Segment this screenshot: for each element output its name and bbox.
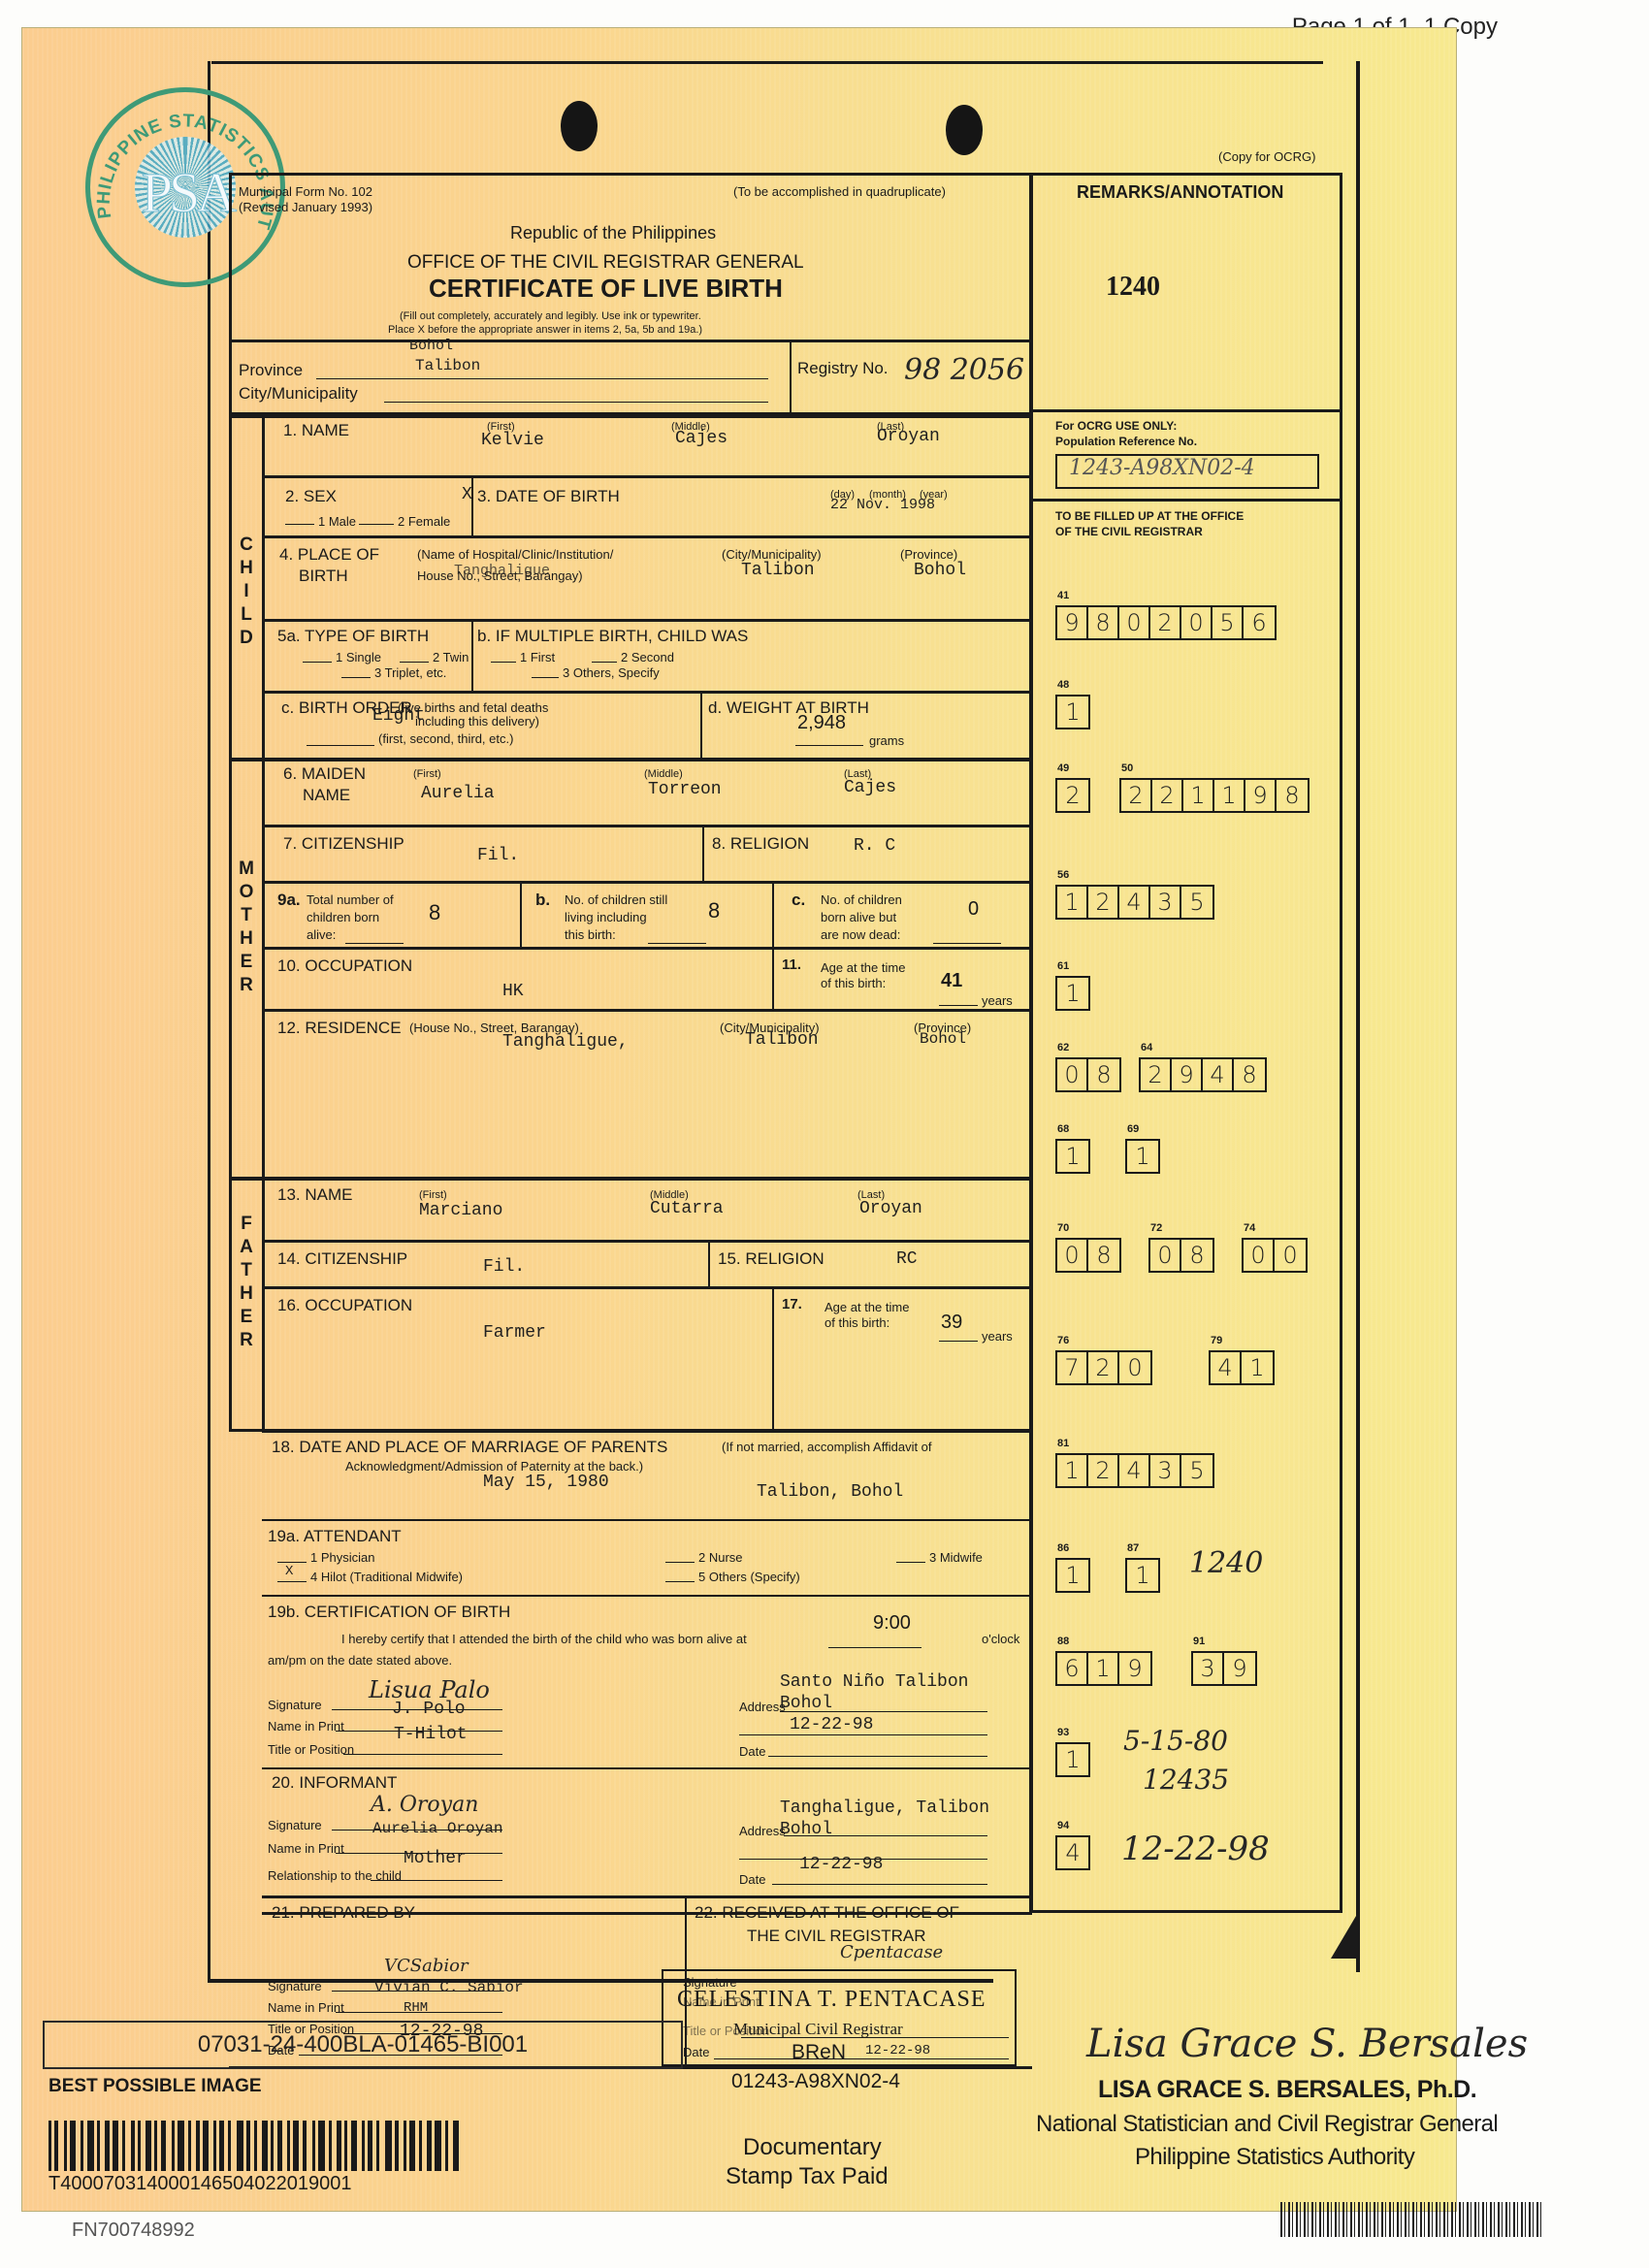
- divider: [262, 1595, 1032, 1597]
- birth-type-option: 3 Triplet, etc.: [374, 665, 446, 680]
- city-value: Talibon: [415, 357, 480, 374]
- dob-value: 22 Nov. 1998: [830, 497, 935, 513]
- registrar-signature: Cpentacase: [840, 1942, 943, 1962]
- father-occupation: Farmer: [483, 1323, 546, 1343]
- underline: [303, 662, 332, 663]
- mother-religion: R. C: [854, 836, 895, 856]
- divider: [262, 1767, 1032, 1769]
- underline: [359, 524, 394, 525]
- divider: [262, 1009, 1032, 1012]
- divider: [702, 825, 704, 881]
- informant-name: Aurelia Oroyan: [372, 1820, 502, 1837]
- code-81-boxes: 12435: [1055, 1453, 1214, 1488]
- total-children-value: 8: [429, 900, 440, 925]
- underline: [768, 1756, 987, 1757]
- code-50-boxes: 221198: [1119, 778, 1309, 813]
- underline: [532, 677, 559, 678]
- informant-relationship: Mother: [404, 1849, 467, 1868]
- divider: [790, 340, 792, 415]
- child-side-label: CHILD: [237, 534, 256, 650]
- civil-registrar-label: TO BE FILLED UP AT THE OFFICE OF THE CIV…: [1055, 508, 1259, 539]
- frame-line: [211, 61, 1323, 64]
- code-label: 50: [1121, 762, 1133, 774]
- code-91-boxes: 39: [1191, 1651, 1257, 1686]
- document-serial: 07031-24-400BLA-01465-BI001: [43, 2021, 683, 2069]
- divider: [471, 475, 473, 535]
- code-label: 62: [1057, 1042, 1069, 1053]
- bren-value: 01243-A98XN02-4: [731, 2070, 900, 2093]
- divider: [262, 691, 1032, 694]
- underline: [491, 662, 516, 663]
- code-label: 56: [1057, 869, 1069, 881]
- divider: [772, 1286, 774, 1432]
- item-number: c.: [792, 891, 805, 910]
- document-title: CERTIFICATE OF LIVE BIRTH: [429, 274, 783, 304]
- code-label: 74: [1244, 1222, 1255, 1234]
- best-possible-image: BEST POSSIBLE IMAGE: [48, 2076, 262, 2097]
- form-revised: (Revised January 1993): [239, 200, 372, 214]
- name-label: Name in Print: [683, 1994, 760, 2009]
- birth-type-option: 2 Twin: [433, 650, 469, 664]
- code-88-boxes: 619: [1055, 1651, 1152, 1686]
- punch-hole-icon: [946, 105, 983, 155]
- office-heading: OFFICE OF THE CIVIL REGISTRAR GENERAL: [407, 252, 804, 274]
- residence-province: Bohol: [920, 1030, 966, 1048]
- divider: [262, 1286, 1032, 1289]
- barcode-icon: [48, 2121, 630, 2171]
- field-sublabel: living including: [565, 910, 647, 924]
- underline: [741, 2037, 1009, 2038]
- child-first-name: Kelvie: [481, 431, 544, 450]
- code-label: 93: [1057, 1727, 1069, 1738]
- field-sublabel: (first, second, third, etc.): [378, 731, 513, 746]
- informant-signature: A. Oroyan: [371, 1793, 478, 1817]
- underline: [343, 1754, 502, 1755]
- divider: [1030, 499, 1342, 502]
- code-70-boxes: 08: [1055, 1238, 1121, 1273]
- field-sublabel: of this birth:: [821, 976, 886, 990]
- marriage-date: May 15, 1980: [483, 1473, 609, 1492]
- code-label: 69: [1127, 1123, 1139, 1135]
- informant-date: 12-22-98: [799, 1855, 883, 1874]
- occupation-label: 10. OCCUPATION: [277, 956, 412, 976]
- code-label: 41: [1057, 590, 1069, 601]
- frame-line: [208, 61, 210, 1982]
- father-first-name: Marciano: [419, 1201, 502, 1220]
- code-74-boxes: 00: [1242, 1238, 1308, 1273]
- code-68-boxes: 1: [1055, 1139, 1090, 1174]
- citizenship-label: 14. CITIZENSHIP: [277, 1249, 407, 1269]
- remarks-value: 1240: [1106, 272, 1160, 303]
- population-ref-value: 1243-A98XN02-4: [1069, 456, 1255, 480]
- father-name-label: 13. NAME: [277, 1185, 352, 1205]
- code-93-note: 12435: [1143, 1764, 1229, 1796]
- field-sublabel: born alive but: [821, 910, 896, 924]
- code-label: 61: [1057, 960, 1069, 972]
- underline: [828, 1647, 921, 1648]
- mother-last-name: Cajes: [844, 778, 896, 797]
- field-sublabel: Total number of: [307, 892, 394, 907]
- name-label: Name in Print: [268, 1719, 344, 1733]
- religion-label: 15. RELIGION: [718, 1249, 824, 1269]
- divider: [262, 535, 1032, 538]
- age-unit: years: [982, 1329, 1013, 1344]
- marriage-note: (If not married, accomplish Affidavit of: [722, 1440, 932, 1454]
- father-middle-name: Cutarra: [650, 1199, 724, 1218]
- pob-city-value: Talibon: [741, 561, 815, 580]
- field-sublabel: (First): [419, 1189, 447, 1201]
- quadruplicate-note: (To be accomplished in quadruplicate): [733, 184, 946, 199]
- underline: [592, 662, 617, 663]
- code-label: 76: [1057, 1335, 1069, 1346]
- underline: [739, 1734, 987, 1735]
- code-86-boxes: 1: [1055, 1558, 1090, 1593]
- registrar-date: 12-22-98: [865, 2043, 930, 2058]
- divider: [262, 1240, 1032, 1243]
- underline: [714, 2058, 1009, 2059]
- underline: [384, 402, 768, 403]
- signatory-name: LISA GRACE S. BERSALES, Ph.D.: [1098, 2076, 1476, 2104]
- signature-label: Signature: [268, 1979, 322, 1993]
- code-48-boxes: 1: [1055, 695, 1090, 729]
- pob-label: BIRTH: [299, 567, 348, 586]
- date-label: Date: [739, 1872, 765, 1887]
- multiple-birth-option: 3 Others, Specify: [563, 665, 660, 680]
- item-number: 9a.: [277, 891, 301, 910]
- residence-city: Talibon: [745, 1030, 819, 1050]
- multiple-birth-label: b. IF MULTIPLE BIRTH, CHILD WAS: [477, 627, 748, 646]
- title-label: Title or Position: [683, 2024, 769, 2038]
- code-64-boxes: 2948: [1139, 1057, 1267, 1092]
- signatory-title: National Statistician and Civil Registra…: [1036, 2111, 1498, 2138]
- underline: [772, 1884, 987, 1885]
- preparer-name: Vivian C. Sabior: [374, 1979, 524, 1996]
- attendant-option: 5 Others (Specify): [698, 1570, 800, 1584]
- mother-occupation: HK: [502, 982, 524, 1001]
- date-label: Date: [683, 2045, 709, 2059]
- underline: [939, 1341, 978, 1342]
- field-sublabel: No. of children still: [565, 892, 667, 907]
- divider: [772, 881, 774, 947]
- underline: [933, 943, 1001, 944]
- city-label: City/Municipality: [239, 384, 358, 404]
- code-94-boxes: 4: [1055, 1835, 1090, 1870]
- multiple-birth-option: 2 Second: [621, 650, 674, 664]
- divider: [229, 340, 1032, 342]
- field-sublabel: (Province): [900, 547, 957, 562]
- code-69-boxes: 1: [1125, 1139, 1160, 1174]
- underline: [400, 662, 429, 663]
- frame-line: [1356, 61, 1360, 1972]
- underline: [316, 378, 768, 379]
- field-sublabel: this birth:: [565, 927, 616, 942]
- underline: [648, 943, 706, 944]
- mother-side-label: MOTHER: [237, 858, 256, 997]
- father-age: 39: [941, 1312, 962, 1334]
- attendant-date: 12-22-98: [790, 1715, 873, 1734]
- registrar-general-signature: Lisa Grace S. Bersales: [1086, 2022, 1528, 2066]
- code-label: 87: [1127, 1542, 1139, 1554]
- sex-option-female: 2 Female: [398, 514, 450, 529]
- divider: [262, 1519, 1032, 1521]
- code-label: 79: [1211, 1335, 1222, 1346]
- birth-order-value: Eight: [372, 706, 425, 726]
- marriage-note: Acknowledgment/Admission of Paternity at…: [345, 1459, 643, 1474]
- item-number: 11.: [782, 956, 801, 973]
- divider: [1030, 409, 1342, 412]
- attendant-mark: X: [285, 1564, 293, 1579]
- code-93-note: 5-15-80: [1123, 1725, 1228, 1757]
- certificate-form: Municipal Form No. 102 (Revised January …: [229, 173, 1344, 1919]
- child-name-label: 1. NAME: [283, 421, 349, 440]
- occupation-label: 16. OCCUPATION: [277, 1296, 412, 1315]
- father-side-label: FATHER: [237, 1213, 256, 1352]
- province-label: Province: [239, 361, 303, 380]
- certification-text: o'clock: [982, 1632, 1019, 1646]
- attendant-option: 2 Nurse: [698, 1550, 743, 1565]
- sex-option-male: 1 Male: [318, 514, 356, 529]
- signature-label: Signature: [268, 1698, 322, 1712]
- signature-label: Signature: [268, 1818, 322, 1832]
- code-93-boxes: 1: [1055, 1742, 1090, 1777]
- instructions: Place X before the appropriate answer in…: [388, 324, 702, 336]
- code-49-boxes: 2: [1055, 778, 1090, 813]
- field-sublabel: (City/Municipality): [722, 547, 822, 562]
- code-label: 49: [1057, 762, 1069, 774]
- code-41-boxes: 9802056: [1055, 605, 1277, 640]
- received-label: 22. RECEIVED AT THE OFFICE OF: [695, 1903, 959, 1923]
- divider: [262, 825, 1032, 827]
- underline: [665, 1562, 695, 1563]
- address-label: Address: [739, 1824, 786, 1838]
- instructions: (Fill out completely, accurately and leg…: [400, 310, 701, 322]
- attendant-title: T-Hilot: [394, 1725, 468, 1744]
- underline: [345, 943, 404, 944]
- pob-label: 4. PLACE OF: [279, 545, 379, 565]
- pob-province-value: Bohol: [914, 561, 966, 580]
- marriage-label: 18. DATE AND PLACE OF MARRIAGE OF PARENT…: [272, 1438, 667, 1457]
- attendant-option: 4 Hilot (Traditional Midwife): [310, 1570, 463, 1584]
- code-61-boxes: 1: [1055, 976, 1090, 1011]
- divider: [700, 691, 702, 761]
- date-label: Date: [739, 1744, 765, 1759]
- birth-type-label: 5a. TYPE OF BIRTH: [277, 627, 429, 646]
- mother-age: 41: [941, 970, 962, 992]
- multiple-birth-option: 1 First: [520, 650, 555, 664]
- code-label: 64: [1141, 1042, 1152, 1053]
- code-label: 72: [1150, 1222, 1162, 1234]
- underline: [795, 745, 863, 746]
- signatory-org: Philippine Statistics Authority: [1135, 2144, 1414, 2171]
- residence-label: 12. RESIDENCE: [277, 1019, 402, 1038]
- attendant-address: Santo Niño Talibon: [780, 1672, 968, 1692]
- father-last-name: Oroyan: [859, 1199, 922, 1218]
- field-sublabel: Age at the time: [824, 1300, 909, 1314]
- mother-middle-name: Torreon: [648, 780, 722, 799]
- underline: [665, 1581, 695, 1582]
- field-sublabel: Age at the time: [821, 960, 905, 975]
- underline: [307, 745, 374, 746]
- address-label: Address: [739, 1700, 786, 1714]
- weight-unit: grams: [869, 733, 904, 748]
- underline: [285, 524, 314, 525]
- code-label: 91: [1193, 1636, 1205, 1647]
- prepared-by-label: 21. PREPARED BY: [272, 1903, 415, 1923]
- barcode-icon: [1280, 2202, 1542, 2237]
- code-72-boxes: 08: [1148, 1238, 1214, 1273]
- maiden-name-label: 6. MAIDEN: [283, 764, 366, 784]
- divider: [471, 619, 473, 691]
- code-94-note: 12-22-98: [1121, 1830, 1270, 1868]
- remarks-title: REMARKS/ANNOTATION: [1077, 182, 1283, 203]
- mother-first-name: Aurelia: [421, 784, 495, 803]
- field-sublabel: No. of children: [821, 892, 902, 907]
- attendant-address: Bohol: [780, 1694, 832, 1713]
- attendant-label: 19a. ATTENDANT: [268, 1527, 402, 1546]
- attendant-option: 1 Physician: [310, 1550, 374, 1565]
- code-62-boxes: 08: [1055, 1057, 1121, 1092]
- child-last-name: Oroyan: [877, 427, 940, 446]
- divider: [520, 881, 522, 947]
- code-label: 81: [1057, 1438, 1069, 1449]
- divider: [708, 1240, 710, 1286]
- underline: [277, 1581, 307, 1582]
- divider: [262, 619, 1032, 622]
- field-sublabel: alive:: [307, 927, 336, 942]
- field-sublabel: including this delivery): [415, 714, 539, 729]
- certification-text: am/pm on the date stated above.: [268, 1653, 452, 1668]
- code-label: 88: [1057, 1636, 1069, 1647]
- sex-label: 2. SEX: [285, 487, 337, 506]
- informant-address: Tanghaligue, Talibon: [780, 1798, 989, 1818]
- citizenship-label: 7. CITIZENSHIP: [283, 834, 404, 854]
- code-label: 48: [1057, 679, 1069, 691]
- code-label: 68: [1057, 1123, 1069, 1135]
- underline: [896, 1562, 925, 1563]
- weight-value: 2,948: [797, 712, 846, 734]
- name-label: Name in Print: [268, 2000, 344, 2015]
- underline: [341, 677, 371, 678]
- item-number: 17.: [782, 1296, 802, 1312]
- bren-label: BReN: [792, 2041, 846, 2064]
- mother-citizenship: Fil.: [477, 846, 519, 865]
- barcode-number: T400070314000146504022019001: [48, 2173, 352, 2195]
- code-label: 86: [1057, 1542, 1069, 1554]
- dob-label: 3. DATE OF BIRTH: [477, 487, 620, 506]
- divider: [262, 1895, 1032, 1898]
- religion-label: 8. RELIGION: [712, 834, 809, 854]
- code-76-boxes: 720: [1055, 1350, 1152, 1385]
- population-ref-label: Population Reference No.: [1055, 435, 1197, 448]
- underline: [780, 1711, 987, 1712]
- underline: [277, 1562, 307, 1563]
- birth-time: 9:00: [873, 1612, 911, 1635]
- stamp-tax-note: Stamp Tax Paid: [726, 2163, 889, 2190]
- pob-hospital-value: Tanghaligue: [454, 563, 550, 579]
- item-number: b.: [535, 891, 550, 910]
- province-value: Bohol: [409, 338, 453, 354]
- preparer-signature: VCSabior: [384, 1956, 469, 1976]
- copy-for-ocrg: (Copy for OCRG): [1218, 149, 1315, 164]
- marriage-place: Talibon, Bohol: [757, 1482, 903, 1502]
- attendant-option: 3 Midwife: [929, 1550, 983, 1565]
- underline: [939, 1005, 978, 1006]
- code-79-boxes: 41: [1209, 1350, 1275, 1385]
- age-unit: years: [982, 993, 1013, 1008]
- frame-corner: [1331, 1916, 1356, 1959]
- punch-hole-icon: [561, 101, 598, 151]
- code-label: 70: [1057, 1222, 1069, 1234]
- field-sublabel: are now dead:: [821, 927, 900, 942]
- code-56-boxes: 12435: [1055, 885, 1214, 920]
- form-serial-fn: FN700748992: [72, 2219, 195, 2242]
- divider: [262, 475, 1032, 478]
- code-87-note: 1240: [1189, 1546, 1263, 1580]
- field-sublabel: children born: [307, 910, 379, 924]
- form-number: Municipal Form No. 102: [239, 184, 372, 199]
- field-sublabel: (First): [413, 768, 441, 780]
- field-sublabel: (Name of Hospital/Clinic/Institution/: [417, 547, 613, 562]
- birth-type-option: 1 Single: [336, 650, 381, 664]
- father-citizenship: Fil.: [483, 1257, 525, 1277]
- dead-children-value: 0: [968, 898, 979, 921]
- maiden-name-label: NAME: [303, 786, 350, 805]
- divider: [262, 947, 1032, 950]
- divider: [262, 881, 1032, 884]
- underline: [371, 1880, 502, 1881]
- name-label: Name in Print: [268, 1841, 344, 1856]
- attendant-name: J. Polo: [392, 1700, 466, 1719]
- registry-number: 98 2056: [904, 353, 1024, 387]
- certification-label: 19b. CERTIFICATION OF BIRTH: [268, 1603, 510, 1622]
- registry-label: Registry No.: [797, 359, 889, 378]
- field-sublabel: (Middle): [644, 768, 683, 780]
- child-middle-name: Cajes: [675, 429, 727, 448]
- underline: [784, 1835, 987, 1836]
- stamp-tax-note: Documentary: [743, 2134, 882, 2161]
- ocrg-label: For OCRG USE ONLY:: [1055, 419, 1177, 433]
- republic-heading: Republic of the Philippines: [510, 223, 716, 243]
- field-sublabel: of this birth:: [824, 1315, 889, 1330]
- residence-house: Tanghaligue,: [502, 1032, 629, 1052]
- preparer-title: RHM: [404, 2000, 428, 2016]
- code-label: 94: [1057, 1820, 1069, 1831]
- code-87-boxes: 1: [1125, 1558, 1160, 1593]
- informant-label: 20. INFORMANT: [272, 1773, 397, 1793]
- father-religion: RC: [896, 1249, 918, 1269]
- divider: [772, 947, 774, 1009]
- living-children-value: 8: [708, 898, 720, 923]
- title-label: Title or Position: [268, 1742, 354, 1757]
- informant-address: Bohol: [780, 1820, 832, 1839]
- certification-text: I hereby certify that I attended the bir…: [341, 1632, 747, 1646]
